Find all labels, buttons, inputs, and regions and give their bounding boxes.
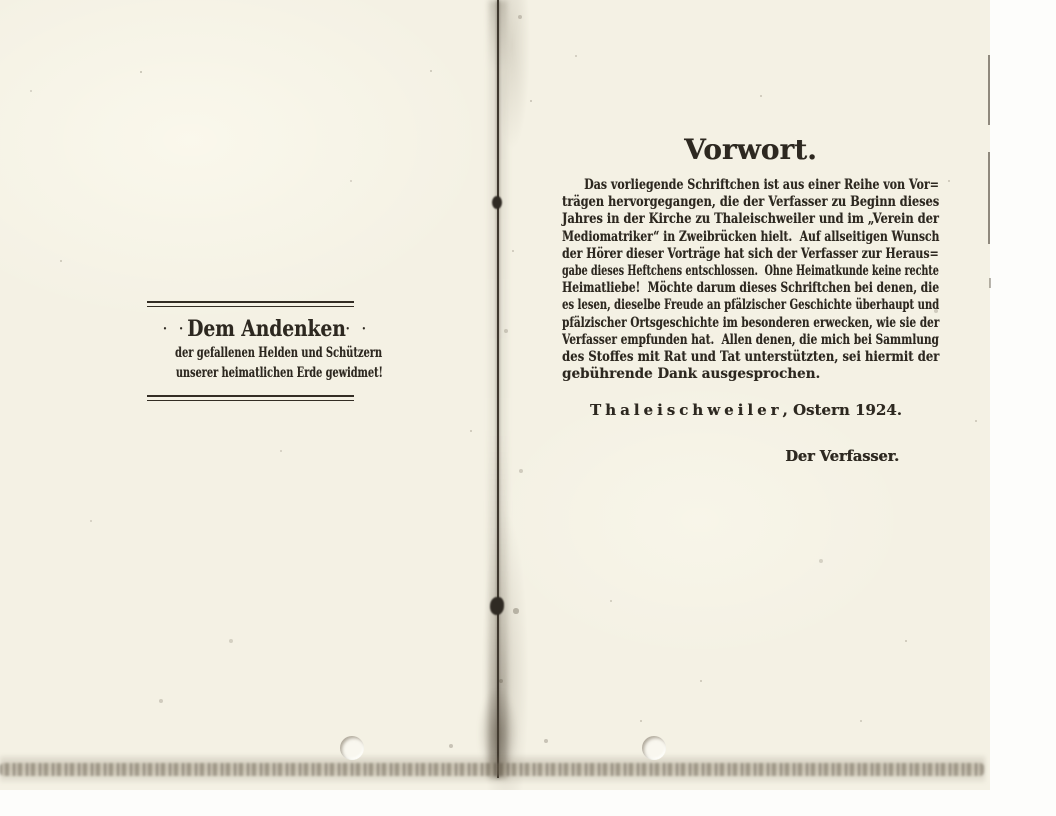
dedication-title: · ·Dem Andenken· · — [163, 317, 338, 342]
gutter-fold-line — [497, 0, 499, 778]
paragraph-line: Mediomatriker“ in Zweibrücken hielt. Auf… — [562, 229, 863, 246]
dateline: Thaleischweiler, Ostern 1924. — [590, 401, 902, 419]
page-bottom-shadow — [0, 763, 984, 776]
paragraph-line: gebührende Dank ausgesprochen. — [562, 366, 939, 383]
preface-heading: Vorwort. — [562, 134, 939, 166]
dedication-title-text: Dem Andenken — [187, 316, 346, 342]
paragraph-line: Jahres in der Kirche zu Thaleischweiler … — [562, 211, 881, 228]
paragraph-line: Heimatliebe! Möchte darum dieses Schrift… — [562, 280, 861, 297]
scan-speckles — [0, 0, 2, 2]
punch-hole — [642, 736, 666, 760]
page-right-edge-line — [988, 55, 990, 125]
place-name: Thaleischweiler — [590, 401, 783, 419]
ornament-dots-right: · · — [346, 322, 370, 337]
ornament-dots-left: · · — [163, 322, 187, 337]
paragraph-line: pfälzischer Ortsgeschichte im besonderen… — [562, 315, 854, 332]
scanned-book-spread: · ·Dem Andenken· · der gefallenen Helden… — [0, 0, 1056, 816]
double-rule-bottom — [147, 395, 354, 401]
punch-hole — [340, 736, 364, 760]
paper-sheet: · ·Dem Andenken· · der gefallenen Helden… — [0, 0, 990, 790]
staple-mark — [490, 597, 504, 615]
paragraph-line: des Stoffes mit Rat und Tat unterstützte… — [562, 349, 888, 366]
page-right-edge-line — [989, 278, 991, 288]
paragraph-line: gabe dieses Heftchens entschlossen. Ohne… — [562, 263, 828, 280]
author-signature: Der Verfasser. — [785, 448, 899, 465]
paragraph-line: trägen hervorgegangen, die der Verfasser… — [562, 194, 879, 211]
preface-page: Vorwort. Das vorliegende Schriftchen ist… — [562, 0, 939, 790]
dateline-suffix: , Ostern 1924. — [783, 401, 902, 419]
page-right-edge-line — [988, 152, 990, 244]
dedication-line: der gefallenen Helden und Schützern — [175, 345, 326, 362]
paragraph-line: der Hörer dieser Vorträge hat sich der V… — [562, 246, 867, 263]
double-rule-top — [147, 301, 354, 307]
dedication-box: · ·Dem Andenken· · der gefallenen Helden… — [147, 301, 354, 401]
paragraph-line: Verfasser empfunden hat. Allen denen, di… — [562, 332, 856, 349]
dedication-line: unserer heimatlichen Erde gewidmet! — [176, 365, 325, 382]
preface-paragraph: Das vorliegende Schriftchen ist aus eine… — [562, 177, 939, 383]
staple-mark — [492, 196, 502, 209]
paragraph-line: es lesen, dieselbe Freude an pfälzischer… — [562, 297, 842, 314]
paragraph-line: Das vorliegende Schriftchen ist aus eine… — [562, 177, 870, 194]
